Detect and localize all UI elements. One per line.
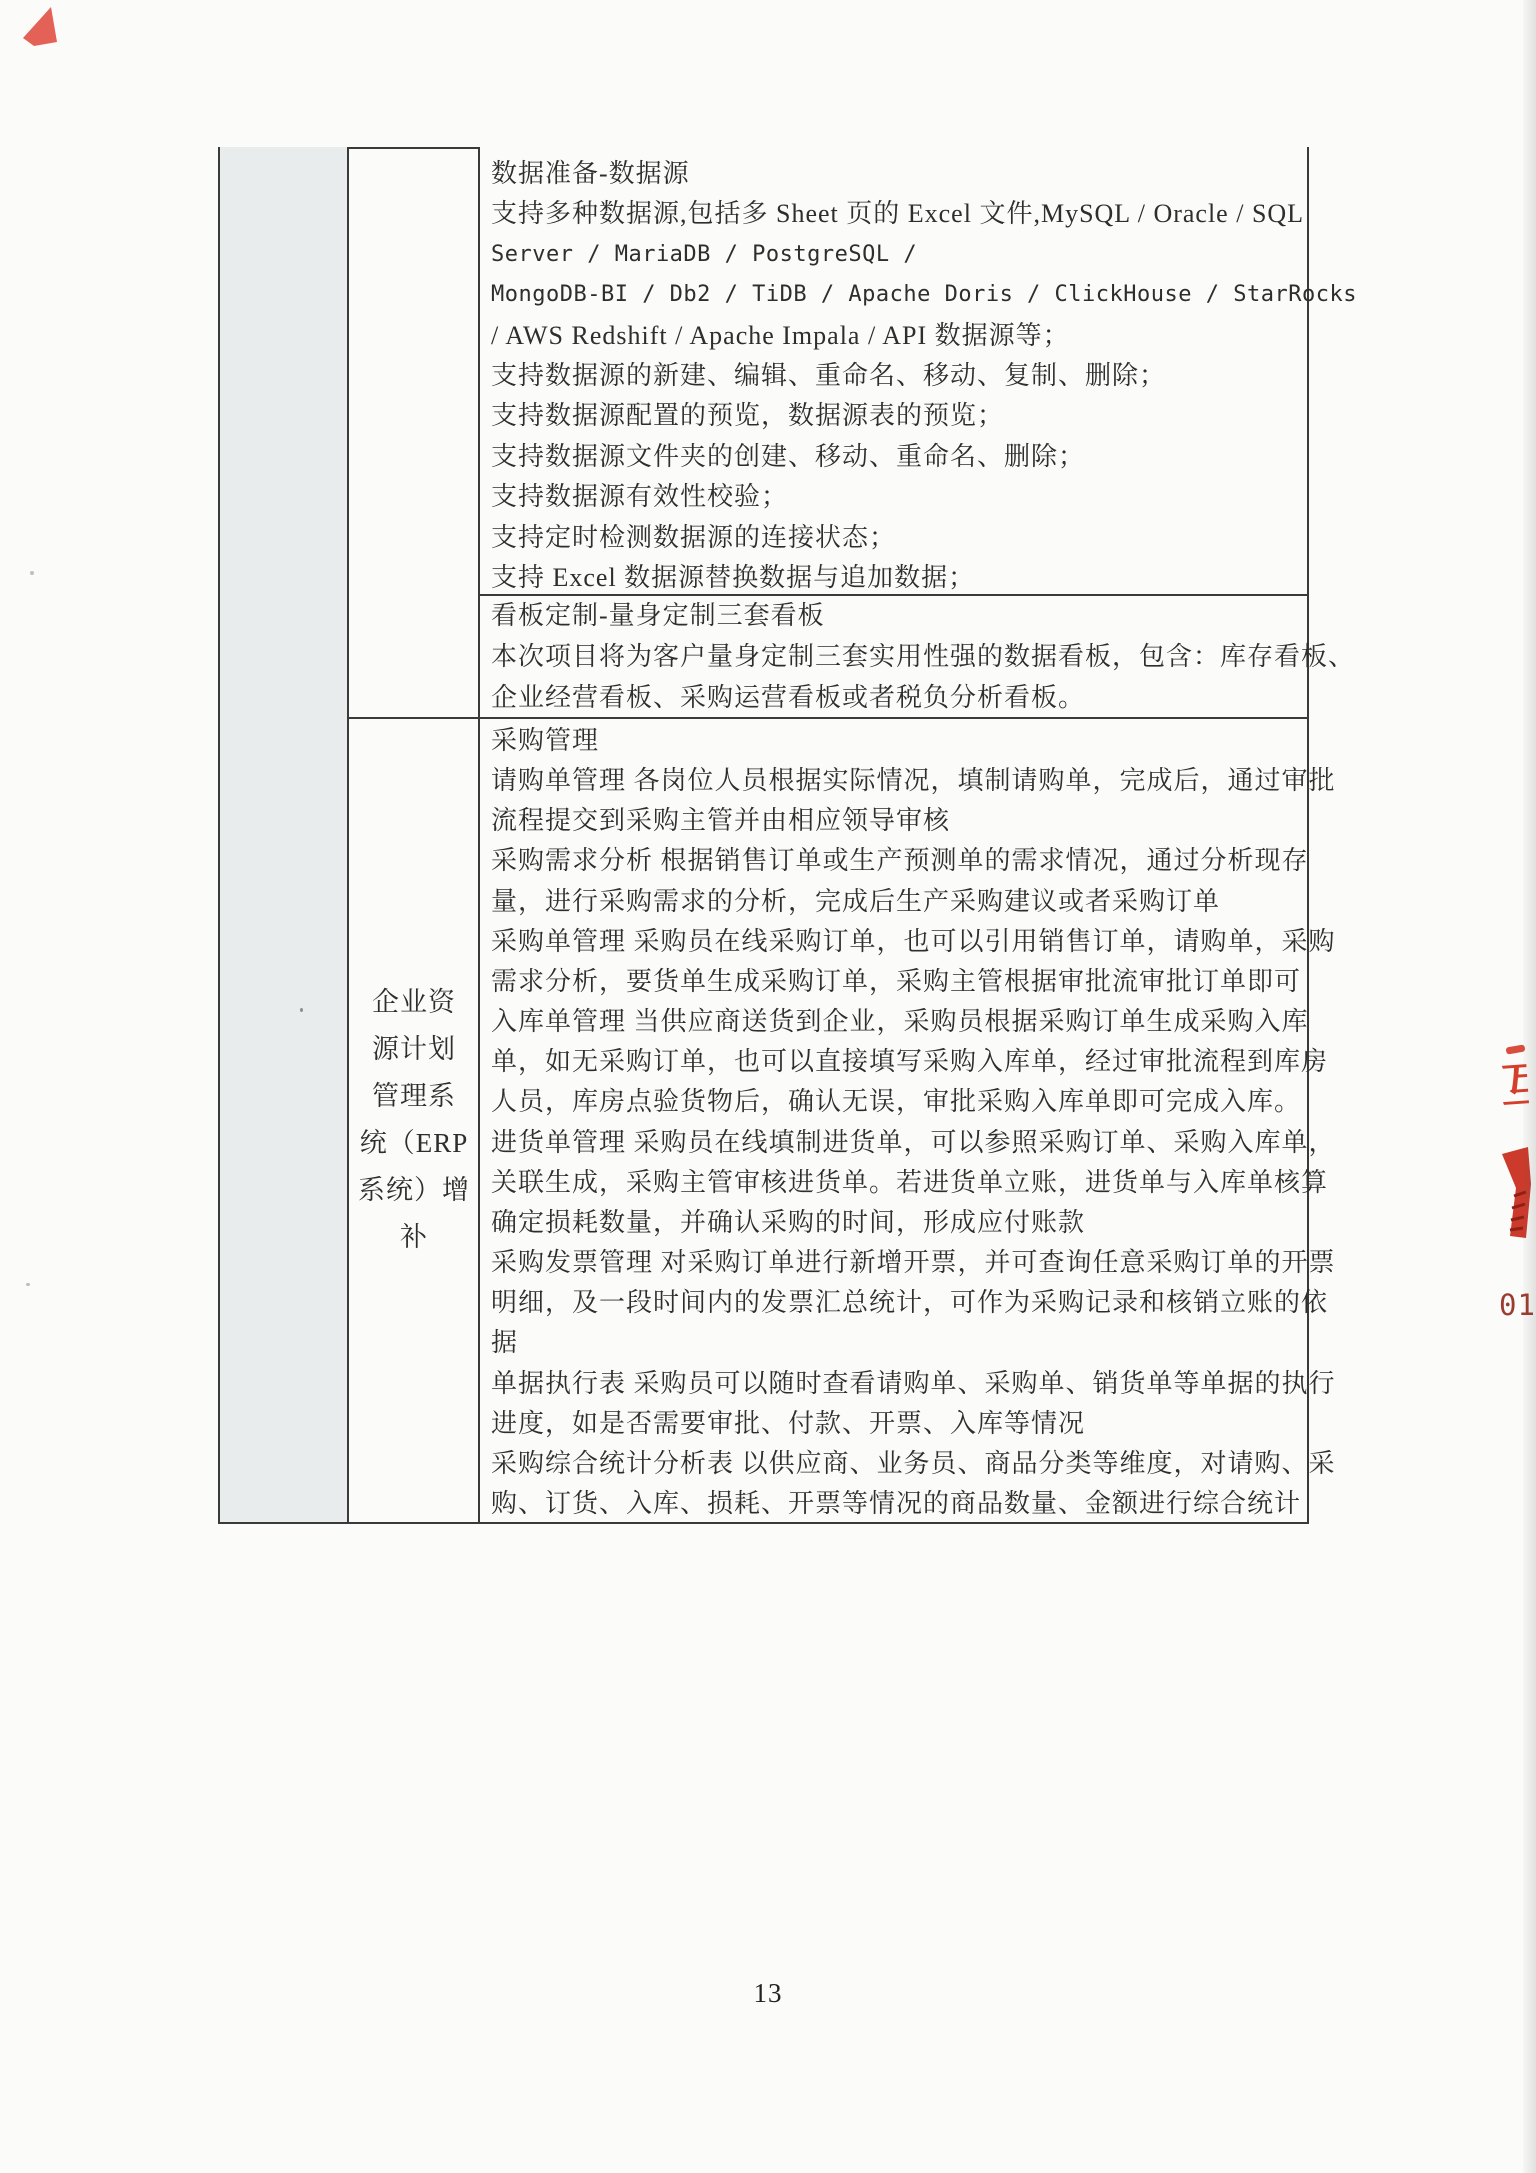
text-line: 支持数据源有效性校验； — [491, 477, 1308, 517]
text-line: 看板定制-量身定制三套看板 — [491, 596, 1308, 637]
text-line: 支持数据源配置的预览，数据源表的预览； — [491, 396, 1308, 436]
table-cell-dashboard: 看板定制-量身定制三套看板 本次项目将为客户量身定制三套实用性强的数据看板，包含… — [478, 596, 1308, 717]
text-line: / AWS Redshift / Apache Impala / API 数据源… — [491, 316, 1308, 356]
text-line: 关联生成，采购主管审核进货单。若进货单立账，进货单与入库单核算 — [491, 1163, 1308, 1203]
text-line: 支持定时检测数据源的连接状态； — [491, 518, 1308, 558]
text-line: 企业经营看板、采购运营看板或者税负分析看板。 — [491, 678, 1308, 719]
table-border-top-col2 — [347, 147, 480, 149]
erp-label-line: 源计划 — [372, 1026, 456, 1073]
text-line: 确定损耗数量，并确认采购的时间，形成应付账款 — [491, 1203, 1308, 1243]
text-line: 进货单管理 采购员在线填制进货单，可以参照采购订单、采购入库单， — [491, 1123, 1308, 1163]
text-line: 采购综合统计分析表 以供应商、业务员、商品分类等维度，对请购、采 — [491, 1444, 1308, 1484]
text-line: 支持数据源的新建、编辑、重命名、移动、复制、删除； — [491, 356, 1308, 396]
text-line: 据 — [491, 1323, 1308, 1363]
table-border-left — [218, 147, 220, 1524]
text-line: 人员，库房点验货物后，确认无误，审批采购入库单即可完成入库。 — [491, 1082, 1308, 1122]
text-line: 数据准备-数据源 — [491, 154, 1308, 194]
text-line: 本次项目将为客户量身定制三套实用性强的数据看板，包含：库存看板、 — [491, 637, 1308, 678]
text-line: 采购管理 — [491, 721, 1308, 761]
scanned-document-page: 企业资 源计划 管理系 统（ERP 系统）增 补 数据准备-数据源 支持多种数据… — [0, 0, 1536, 2173]
table-border-col1-col2 — [347, 147, 349, 1524]
text-line: 单据执行表 采购员可以随时查看请购单、采购单、销货单等单据的执行 — [491, 1364, 1308, 1404]
page-edge-shadow — [1523, 0, 1536, 2173]
erp-label-line: 管理系 — [372, 1073, 456, 1120]
text-line: 量，进行采购需求的分析，完成后生产采购建议或者采购订单 — [491, 882, 1308, 922]
text-line: 入库单管理 当供应商送货到企业，采购员根据采购订单生成采购入库 — [491, 1002, 1308, 1042]
erp-label-line: 补 — [400, 1214, 428, 1261]
text-line: 支持数据源文件夹的创建、移动、重命名、删除； — [491, 437, 1308, 477]
text-line: 需求分析，要货单生成采购订单，采购主管根据审批流审批订单即可 — [491, 962, 1308, 1002]
text-line: 单，如无采购订单，也可以直接填写采购入库单，经过审批流程到库房 — [491, 1042, 1308, 1082]
page-number: 13 — [0, 1978, 1536, 2009]
scan-speck — [26, 1283, 30, 1286]
text-line: 进度，如是否需要审批、付款、开票、入库等情况 — [491, 1404, 1308, 1444]
erp-label-line: 系统）增 — [358, 1167, 470, 1214]
table-cell-data-source: 数据准备-数据源 支持多种数据源,包括多 Sheet 页的 Excel 文件,M… — [478, 150, 1308, 594]
scan-speck — [300, 1008, 303, 1012]
scan-speck — [30, 571, 34, 575]
table-cell-procurement: 采购管理 请购单管理 各岗位人员根据实际情况，填制请购单，完成后，通过审批 流程… — [478, 719, 1308, 1522]
text-line: Server / MariaDB / PostgreSQL / — [491, 235, 1308, 275]
text-line: 支持多种数据源,包括多 Sheet 页的 Excel 文件,MySQL / Or… — [491, 194, 1308, 234]
red-corner-mark — [22, 6, 60, 53]
text-line: 采购单管理 采购员在线采购订单，也可以引用销售订单，请购单，采购 — [491, 922, 1308, 962]
text-line: 请购单管理 各岗位人员根据实际情况，填制请购单，完成后，通过审批 — [491, 761, 1308, 801]
text-line: 采购发票管理 对采购订单进行新增开票，并可查询任意采购订单的开票 — [491, 1243, 1308, 1283]
table-cell-erp-label: 企业资 源计划 管理系 统（ERP 系统）增 补 — [350, 717, 478, 1522]
text-line: 采购需求分析 根据销售订单或生产预测单的需求情况，通过分析现存 — [491, 841, 1308, 881]
text-line: 支持 Excel 数据源替换数据与追加数据； — [491, 558, 1308, 598]
text-line: 购、订货、入库、损耗、开票等情况的商品数量、金额进行综合统计 — [491, 1484, 1308, 1524]
text-line: 明细，及一段时间内的发票汇总统计，可作为采购记录和核销立账的依 — [491, 1283, 1308, 1323]
table-col-empty — [220, 147, 347, 1522]
erp-label-line: 统（ERP — [360, 1120, 469, 1167]
text-line: MongoDB-BI / Db2 / TiDB / Apache Doris /… — [491, 275, 1308, 315]
text-line: 流程提交到采购主管并由相应领导审核 — [491, 801, 1308, 841]
erp-label-line: 企业资 — [372, 979, 456, 1026]
